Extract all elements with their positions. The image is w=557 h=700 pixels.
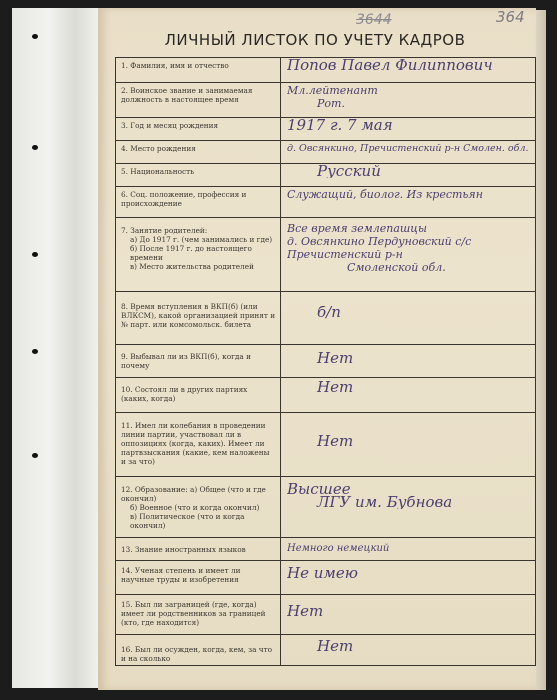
punch-hole	[32, 349, 38, 354]
form-row-party-discipline: 11. Имел ли колебания в проведении линии…	[116, 413, 536, 477]
question-label: 2. Воинское звание и занимаемая должност…	[116, 83, 281, 117]
question-label: 10. Состоял ли в других партиях (каких, …	[116, 378, 281, 412]
answer-handwritten: Русский	[281, 164, 536, 186]
answer-handwritten: б/п	[281, 292, 536, 344]
question-label: 12. Образование: а) Общее (что и где око…	[116, 477, 281, 537]
form-row-languages: 13. Знание иностранных языков Немного не…	[116, 538, 536, 561]
answer-handwritten: Мл.лейтенантРот.	[281, 83, 536, 117]
answer-handwritten: Нет	[281, 595, 536, 634]
form-row-birthdate: 3. Год и месяц рождения 1917 г. 7 мая	[116, 118, 536, 141]
form-row-abroad: 15. Был ли заграницей (где, когда) имеет…	[116, 595, 536, 635]
question-label: 1. Фамилия, имя и отчество	[116, 58, 281, 82]
question-label: 8. Время вступления в ВКП(б) (или ВЛКСМ)…	[116, 292, 281, 344]
form-row-education: 12. Образование: а) Общее (что и где око…	[116, 477, 536, 538]
form-row-nationality: 5. Национальность Русский	[116, 164, 536, 187]
form-title: ЛИЧНЫЙ ЛИСТОК ПО УЧЕТУ КАДРОВ	[100, 31, 530, 49]
personnel-form-table: 1. Фамилия, имя и отчество Попов Павел Ф…	[115, 57, 536, 666]
answer-handwritten: Высшее ЛГУ им. Бубнова	[281, 477, 536, 537]
form-row-convictions: 16. Был ли осужден, когда, кем, за что и…	[116, 635, 536, 666]
punch-hole	[32, 252, 38, 257]
question-label: 16. Был ли осужден, когда, кем, за что и…	[116, 635, 281, 665]
question-label: 9. Выбывал ли из ВКП(б), когда и почему	[116, 345, 281, 377]
form-row-social-status: 6. Соц. положение, профессия и происхожд…	[116, 187, 536, 218]
punch-hole	[32, 453, 38, 458]
answer-handwritten: 1917 г. 7 мая	[281, 118, 536, 140]
answer-handwritten: Не имею	[281, 561, 536, 594]
question-label: 15. Был ли заграницей (где, когда) имеет…	[116, 595, 281, 634]
question-label: 6. Соц. положение, профессия и происхожд…	[116, 187, 281, 217]
form-row-left-party: 9. Выбывал ли из ВКП(б), когда и почему …	[116, 345, 536, 378]
answer-handwritten: д. Овсянкино, Пречистенский р-н Смолен. …	[281, 141, 536, 163]
binder-strip	[12, 8, 102, 688]
question-label: 4. Место рождения	[116, 141, 281, 163]
answer-handwritten: Попов Павел Филиппович	[281, 58, 536, 82]
form-row-parents: 7. Занятие родителей: а) До 1917 г. (чем…	[116, 218, 536, 292]
form-row-birthplace: 4. Место рождения д. Овсянкино, Пречисте…	[116, 141, 536, 164]
sheet-edge	[536, 10, 546, 690]
answer-handwritten: Нет	[281, 345, 536, 377]
question-label: 7. Занятие родителей: а) До 1917 г. (чем…	[116, 218, 281, 291]
form-row-rank: 2. Воинское звание и занимаемая должност…	[116, 83, 536, 118]
answer-handwritten: Нет	[281, 413, 536, 476]
form-row-party-membership: 8. Время вступления в ВКП(б) (или ВЛКСМ)…	[116, 292, 536, 345]
punch-hole	[32, 34, 38, 39]
question-label: 3. Год и месяц рождения	[116, 118, 281, 140]
punch-hole	[32, 145, 38, 150]
question-label: 5. Национальность	[116, 164, 281, 186]
form-row-other-parties: 10. Состоял ли в других партиях (каких, …	[116, 378, 536, 413]
answer-handwritten: Нет	[281, 378, 536, 412]
answer-handwritten: Нет	[281, 635, 536, 665]
form-row-name: 1. Фамилия, имя и отчество Попов Павел Ф…	[116, 58, 536, 83]
crossed-archive-number: 3644	[356, 12, 392, 28]
question-label: 14. Ученая степень и имеет ли научные тр…	[116, 561, 281, 594]
answer-handwritten: Служащий, биолог. Из крестьян	[281, 187, 536, 217]
question-label: 11. Имел ли колебания в проведении линии…	[116, 413, 281, 476]
form-row-academic-degree: 14. Ученая степень и имеет ли научные тр…	[116, 561, 536, 595]
answer-handwritten: Все время землепашцы д. Овсянкино Пердун…	[281, 218, 536, 291]
question-label: 13. Знание иностранных языков	[116, 538, 281, 560]
archive-page-number: 364	[496, 8, 525, 26]
answer-handwritten: Немного немецкий	[281, 538, 536, 560]
